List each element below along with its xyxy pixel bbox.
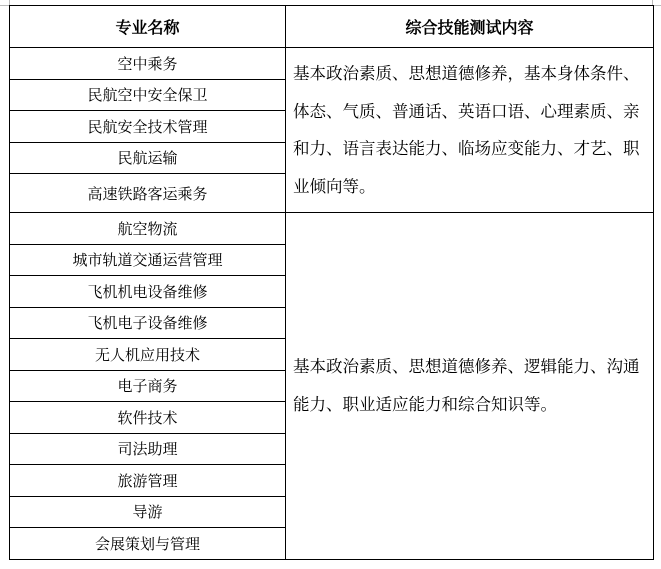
header-major-name: 专业名称 [10,6,286,48]
majors-skills-test-table: 专业名称 综合技能测试内容 空中乘务 基本政治素质、思想道德修养，基本身体条件、… [9,5,654,560]
major-cell: 软件技术 [10,402,286,434]
header-test-content: 综合技能测试内容 [286,6,654,48]
major-cell: 电子商务 [10,370,286,402]
major-cell: 航空物流 [10,213,286,245]
test-content-cell-group-2: 基本政治素质、思想道德修养、逻辑能力、沟通能力、职业适应能力和综合知识等。 [286,213,654,560]
test-content-cell-group-1: 基本政治素质、思想道德修养，基本身体条件、体态、气质、普通话、英语口语、心理素质… [286,48,654,213]
table-row: 航空物流 基本政治素质、思想道德修养、逻辑能力、沟通能力、职业适应能力和综合知识… [10,213,654,245]
major-cell: 会展策划与管理 [10,528,286,560]
header-row: 专业名称 综合技能测试内容 [10,6,654,48]
major-cell: 民航运输 [10,142,286,174]
major-cell: 高速铁路客运乘务 [10,174,286,213]
major-cell: 旅游管理 [10,465,286,497]
major-cell: 飞机电子设备维修 [10,307,286,339]
major-cell: 司法助理 [10,433,286,465]
major-cell: 民航安全技术管理 [10,111,286,143]
major-cell: 民航空中安全保卫 [10,79,286,111]
major-cell: 空中乘务 [10,48,286,80]
major-cell: 城市轨道交通运营管理 [10,244,286,276]
table-row: 空中乘务 基本政治素质、思想道德修养，基本身体条件、体态、气质、普通话、英语口语… [10,48,654,80]
major-cell: 飞机机电设备维修 [10,276,286,308]
major-cell: 导游 [10,496,286,528]
major-cell: 无人机应用技术 [10,339,286,371]
